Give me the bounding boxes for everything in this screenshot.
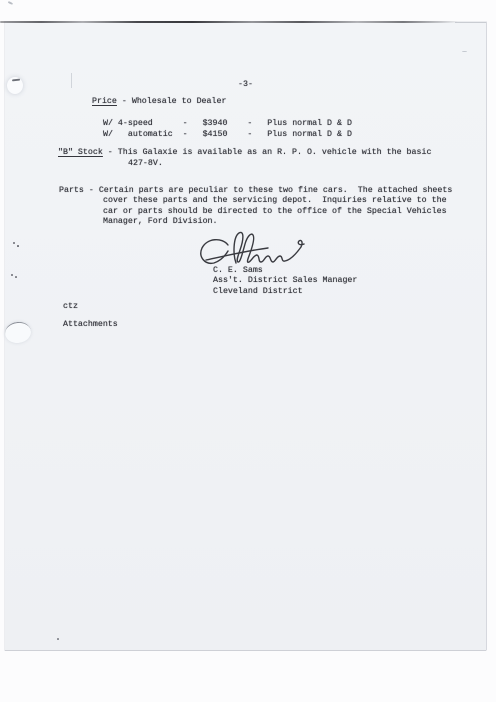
signatory-name: C. E. Sams [213, 266, 263, 275]
page-right-edge [486, 22, 487, 650]
b-stock-line: "B" Stock - This Galaxie is available as… [58, 148, 431, 157]
paper-sheet [5, 22, 486, 650]
ink-speckle [57, 638, 59, 640]
b-stock-rest: - This Galaxie is available as an R. P. … [103, 148, 432, 157]
ink-speckle [8, 1, 13, 4]
price-row-automatic: W/ automatic - $4150 - Plus normal D & D [103, 130, 352, 139]
signatory-district: Cleveland District [213, 287, 303, 296]
ink-speckle [17, 245, 19, 247]
b-stock-continuation: 427-8V. [128, 159, 163, 168]
ink-speckle [15, 276, 17, 278]
price-heading: Price - Wholesale to Dealer [92, 97, 226, 106]
parts-line-2: cover these parts and the servicing depo… [103, 196, 447, 205]
parts-line-3: car or parts should be directed to the o… [103, 207, 447, 216]
scanned-letter-page: -3- Price - Wholesale to Dealer W/ 4-spe… [0, 0, 496, 702]
scan-edge-smudge [0, 21, 458, 23]
punch-hole-top-mark [12, 78, 20, 80]
parts-line-1: Parts - Certain parts are peculiar to th… [59, 186, 452, 195]
attachments-note: Attachments [63, 320, 118, 329]
price-heading-rest: - Wholesale to Dealer [117, 97, 227, 106]
scratch-mark [71, 73, 72, 88]
signatory-title: Ass't. District Sales Manager [213, 276, 357, 285]
ink-speckle [462, 51, 467, 52]
page-number: -3- [238, 80, 253, 89]
price-heading-label: Price [92, 97, 117, 106]
ink-speckle [11, 274, 13, 276]
parts-line-4: Manager, Ford Division. [103, 217, 218, 226]
ink-speckle [13, 242, 15, 244]
price-row-4speed: W/ 4-speed - $3940 - Plus normal D & D [103, 119, 352, 128]
page-bottom-edge [5, 650, 486, 651]
typist-initials: ctz [63, 302, 78, 311]
page-top-edge [455, 22, 486, 23]
b-stock-label: "B" Stock [58, 148, 103, 157]
